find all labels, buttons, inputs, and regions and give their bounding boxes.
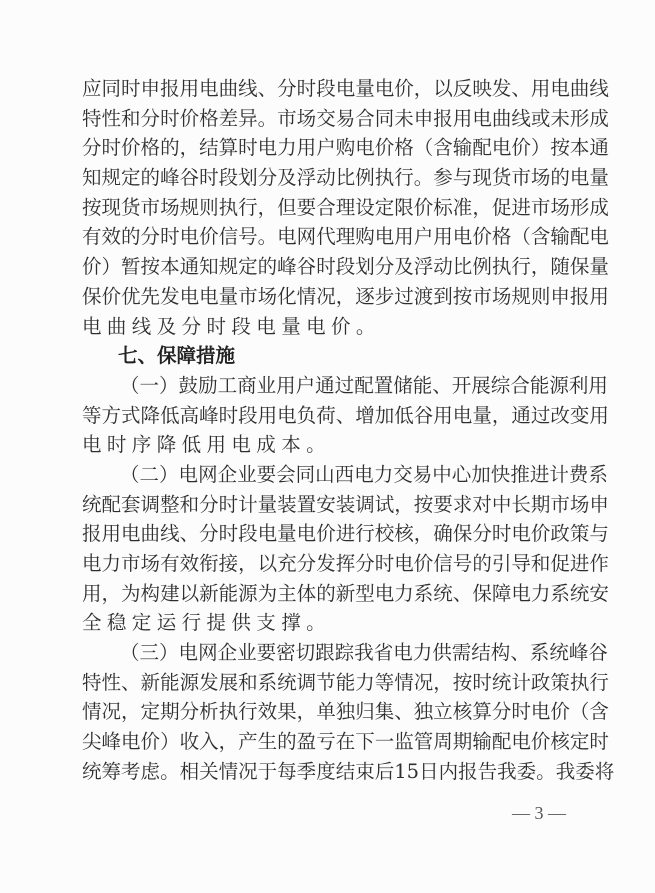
section-heading: 七、保障措施 [82, 341, 584, 371]
text-line: 报用电曲线、分时段电量电价进行校核，确保分时电价政策与 [82, 519, 584, 549]
text-line: 电时序降低用电成本。 [82, 430, 584, 460]
document-body: 应同时申报用电曲线、分时段电量电价，以反映发、用电曲线 特性和分时价格差异。市场… [82, 74, 584, 787]
text-line: 电曲线及分时段电量电价。 [82, 312, 584, 342]
text-line: 知规定的峰谷时段划分及浮动比例执行。参与现货市场的电量 [82, 163, 584, 193]
text-line: 统配套调整和分时计量装置安装调试，按要求对中长期市场申 [82, 490, 584, 520]
text-line: 有效的分时电价信号。电网代理购电用户用电价格（含输配电 [82, 222, 584, 252]
paragraph-continuation: 应同时申报用电曲线、分时段电量电价，以反映发、用电曲线 特性和分时价格差异。市场… [82, 74, 584, 341]
text-line: 电力市场有效衔接，以充分发挥分时电价信号的引导和促进作 [82, 549, 584, 579]
text-line: （一）鼓励工商业用户通过配置储能、开展综合能源利用 [82, 371, 584, 401]
text-line: 等方式降低高峰时段用电负荷、增加低谷用电量，通过改变用 [82, 401, 584, 431]
text-line: 保价优先发电电量市场化情况，逐步过渡到按市场规则申报用 [82, 282, 584, 312]
text-line: 分时价格的，结算时电力用户购电价格（含输配电价）按本通 [82, 133, 584, 163]
text-line: 尖峰电价）收入，产生的盈亏在下一监管周期输配电价核定时 [82, 727, 584, 757]
document-page: 应同时申报用电曲线、分时段电量电价，以反映发、用电曲线 特性和分时价格差异。市场… [0, 0, 655, 893]
text-line: 特性、新能源发展和系统调节能力等情况，按时统计政策执行 [82, 668, 584, 698]
text-line: 用，为构建以新能源为主体的新型电力系统、保障电力系统安 [82, 579, 584, 609]
paragraph-item-3: （三）电网企业要密切跟踪我省电力供需结构、系统峰谷 特性、新能源发展和系统调节能… [82, 638, 584, 786]
text-line: （二）电网企业要会同山西电力交易中心加快推进计费系 [82, 460, 584, 490]
text-line: 情况，定期分析执行效果，单独归集、独立核算分时电价（含 [82, 697, 584, 727]
paragraph-item-2: （二）电网企业要会同山西电力交易中心加快推进计费系 统配套调整和分时计量装置安装… [82, 460, 584, 638]
text-line: 价）暂按本通知规定的峰谷时段划分及浮动比例执行，随保量 [82, 252, 584, 282]
text-line: 全稳定运行提供支撑。 [82, 608, 584, 638]
text-line: 应同时申报用电曲线、分时段电量电价，以反映发、用电曲线 [82, 74, 584, 104]
text-line: 特性和分时价格差异。市场交易合同未申报用电曲线或未形成 [82, 104, 584, 134]
text-line: 按现货市场规则执行，但要合理设定限价标准，促进市场形成 [82, 193, 584, 223]
page-number: — 3 — [512, 800, 572, 826]
paragraph-item-1: （一）鼓励工商业用户通过配置储能、开展综合能源利用 等方式降低高峰时段用电负荷、… [82, 371, 584, 460]
text-line: （三）电网企业要密切跟踪我省电力供需结构、系统峰谷 [82, 638, 584, 668]
text-line: 统筹考虑。相关情况于每季度结束后15日内报告我委。我委将 [82, 757, 584, 787]
